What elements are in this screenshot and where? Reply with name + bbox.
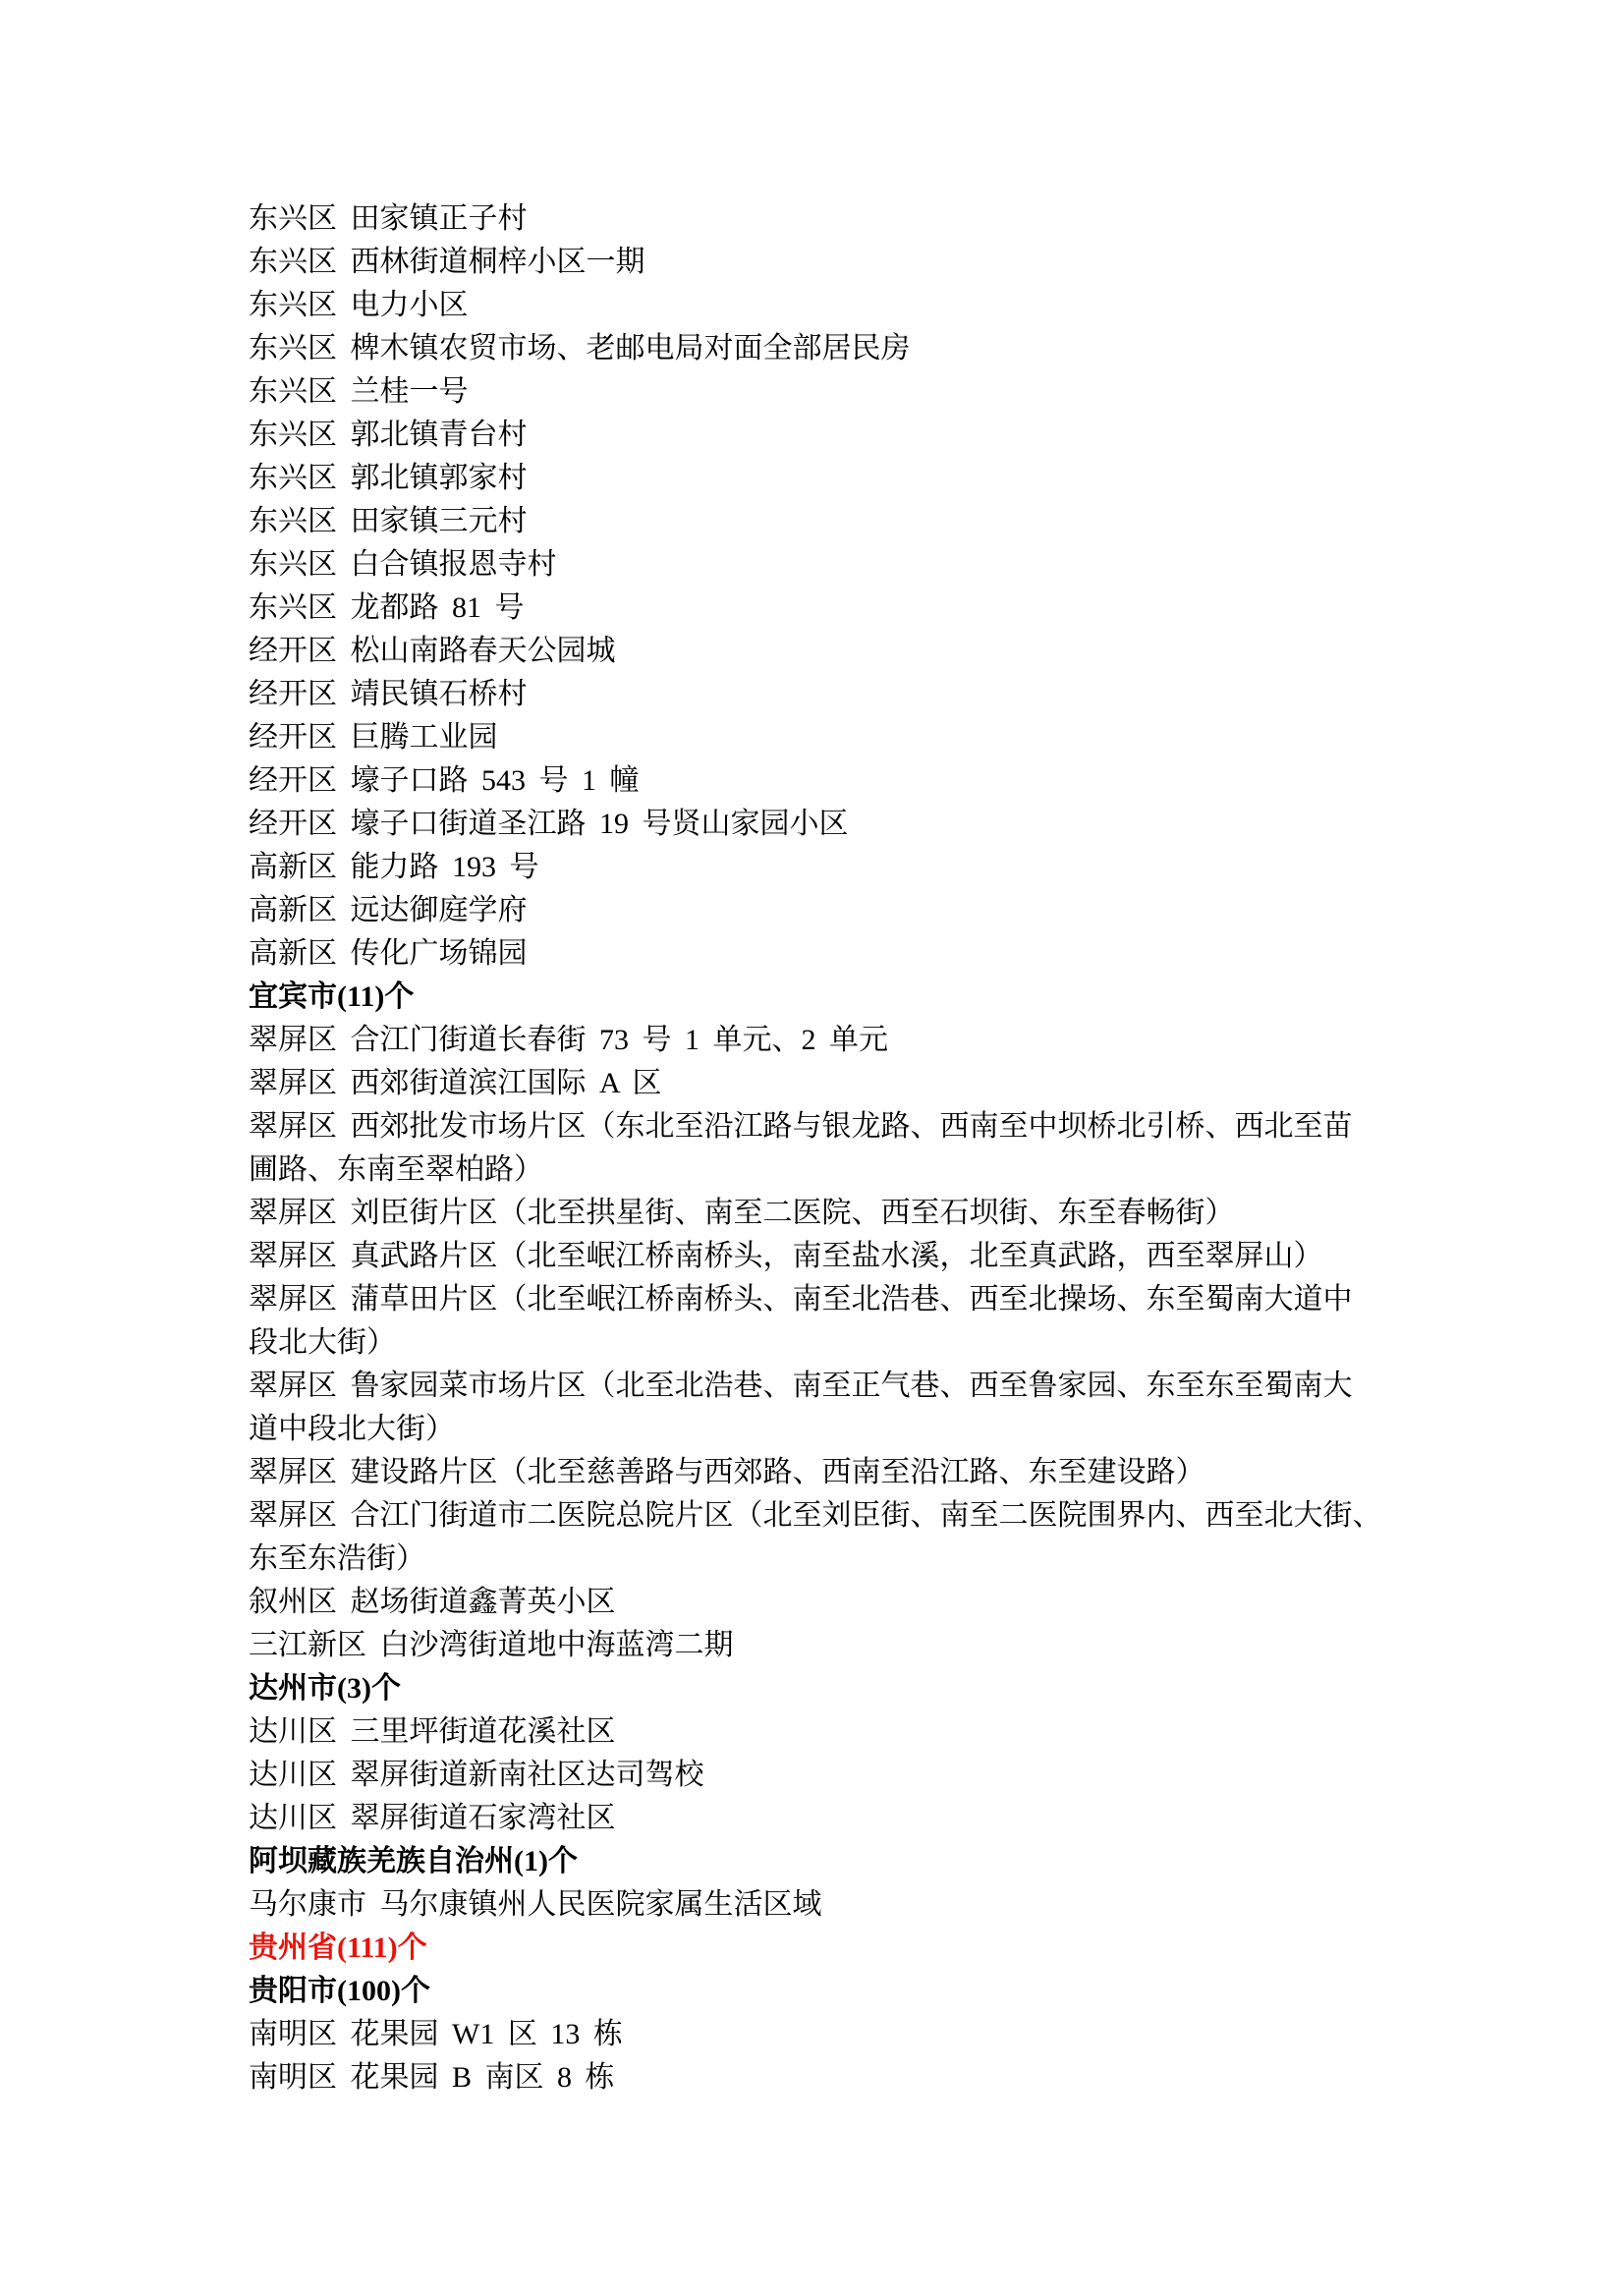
entry-line: 翠屏区 鲁家园菜市场片区（北至北浩巷、南至正气巷、西至鲁家园、东至东至蜀南大 xyxy=(249,1365,1388,1408)
entry-line: 东兴区 电力小区 xyxy=(249,284,1388,327)
entry-line: 翠屏区 西郊批发市场片区（东北至沿江路与银龙路、西南至中坝桥北引桥、西北至苗 xyxy=(249,1105,1388,1148)
entry-line: 叙州区 赵场街道鑫菁英小区 xyxy=(249,1581,1388,1624)
entry-line: 翠屏区 西郊街道滨江国际 A 区 xyxy=(249,1062,1388,1105)
entry-line: 经开区 壕子口街道圣江路 19 号贤山家园小区 xyxy=(249,803,1388,846)
entry-line: 翠屏区 真武路片区（北至岷江桥南桥头，南至盐水溪，北至真武路，西至翠屏山） xyxy=(249,1235,1388,1278)
entry-line: 高新区 能力路 193 号 xyxy=(249,846,1388,889)
entry-line: 达川区 三里坪街道花溪社区 xyxy=(249,1710,1388,1754)
entry-line: 东兴区 郭北镇郭家村 xyxy=(249,457,1388,500)
entry-line: 翠屏区 合江门街道长春街 73 号 1 单元、2 单元 xyxy=(249,1019,1388,1062)
entry-line: 经开区 松山南路春天公园城 xyxy=(249,630,1388,673)
entry-line: 达川区 翠屏街道石家湾社区 xyxy=(249,1797,1388,1840)
entry-line: 高新区 传化广场锦园 xyxy=(249,932,1388,976)
city-header: 宜宾市(11)个 xyxy=(249,976,1388,1019)
entry-line: 东兴区 西林街道桐梓小区一期 xyxy=(249,241,1388,284)
entry-line-continuation: 道中段北大街） xyxy=(249,1408,1388,1451)
entry-line: 东兴区 兰桂一号 xyxy=(249,370,1388,414)
province-header: 贵州省(111)个 xyxy=(249,1927,1388,1970)
entry-line-continuation: 圃路、东南至翠柏路） xyxy=(249,1148,1388,1192)
entry-line: 翠屏区 建设路片区（北至慈善路与西郊路、西南至沿江路、东至建设路） xyxy=(249,1451,1388,1494)
entry-line: 东兴区 白合镇报恩寺村 xyxy=(249,543,1388,587)
entry-line: 经开区 巨腾工业园 xyxy=(249,716,1388,759)
entry-line: 翠屏区 刘臣街片区（北至拱星街、南至二医院、西至石坝街、东至春畅街） xyxy=(249,1192,1388,1235)
entry-line: 东兴区 田家镇三元村 xyxy=(249,500,1388,543)
entry-line: 东兴区 龙都路 81 号 xyxy=(249,587,1388,630)
text-block: 东兴区 田家镇正子村东兴区 西林街道桐梓小区一期东兴区 电力小区东兴区 椑木镇农… xyxy=(249,197,1388,2099)
city-header: 贵阳市(100)个 xyxy=(249,1970,1388,2013)
entry-line: 东兴区 郭北镇青台村 xyxy=(249,414,1388,457)
entry-line: 南明区 花果园 B 南区 8 栋 xyxy=(249,2056,1388,2099)
entry-line: 马尔康市 马尔康镇州人民医院家属生活区域 xyxy=(249,1883,1388,1927)
entry-line: 经开区 靖民镇石桥村 xyxy=(249,673,1388,716)
entry-line: 翠屏区 合江门街道市二医院总院片区（北至刘臣街、南至二医院围界内、西至北大街、 xyxy=(249,1494,1388,1538)
entry-line: 达川区 翠屏街道新南社区达司驾校 xyxy=(249,1754,1388,1797)
entry-line: 高新区 远达御庭学府 xyxy=(249,889,1388,932)
entry-line: 翠屏区 蒲草田片区（北至岷江桥南桥头、南至北浩巷、西至北操场、东至蜀南大道中 xyxy=(249,1278,1388,1321)
entry-line: 东兴区 椑木镇农贸市场、老邮电局对面全部居民房 xyxy=(249,327,1388,370)
entry-line-continuation: 东至东浩街） xyxy=(249,1538,1388,1581)
city-header: 达州市(3)个 xyxy=(249,1667,1388,1710)
entry-line: 东兴区 田家镇正子村 xyxy=(249,197,1388,241)
entry-line: 经开区 壕子口路 543 号 1 幢 xyxy=(249,759,1388,803)
entry-line: 三江新区 白沙湾街道地中海蓝湾二期 xyxy=(249,1624,1388,1667)
document-page: 东兴区 田家镇正子村东兴区 西林街道桐梓小区一期东兴区 电力小区东兴区 椑木镇农… xyxy=(0,0,1624,2295)
entry-line-continuation: 段北大街） xyxy=(249,1321,1388,1365)
city-header: 阿坝藏族羌族自治州(1)个 xyxy=(249,1840,1388,1883)
entry-line: 南明区 花果园 W1 区 13 栋 xyxy=(249,2013,1388,2056)
